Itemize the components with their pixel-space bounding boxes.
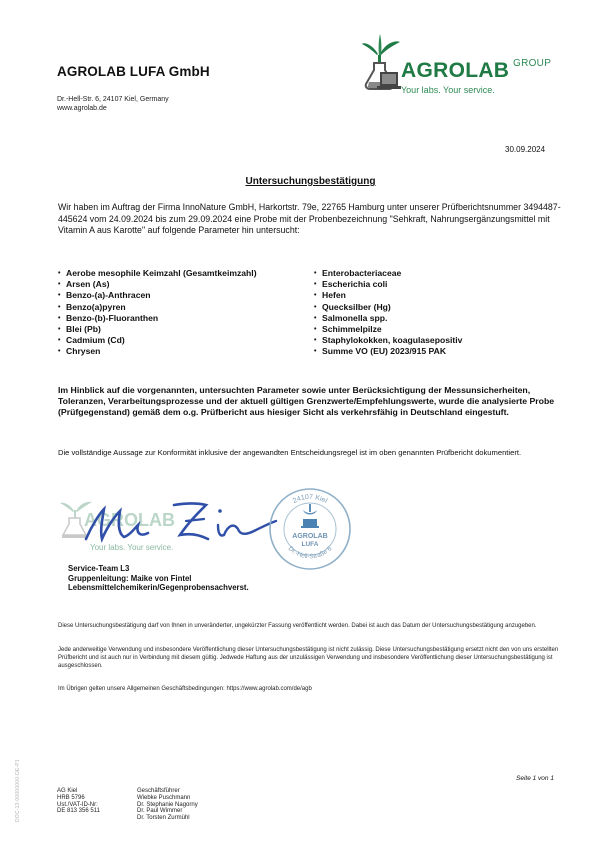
- footer-management: Geschäftsführer Wiebke Puschmann Dr. Ste…: [137, 788, 198, 822]
- conclusion-paragraph: Im Hinblick auf die vorgenannten, unters…: [58, 385, 568, 419]
- parameter-name: Schimmelpilze: [322, 324, 382, 334]
- stamp-top-text: 24107 Kiel: [292, 494, 329, 505]
- parameter-item: •Benzo(a)pyren: [58, 302, 257, 313]
- service-team: Service-Team L3: [68, 564, 249, 574]
- footer-registry-line: HRB 5796: [57, 795, 100, 802]
- parameter-name: Hefen: [322, 290, 346, 300]
- parameter-list-left: •Aerobe mesophile Keimzahl (Gesamtkeimza…: [58, 268, 257, 358]
- parameter-item: •Staphylokokken, koagulasepositiv: [314, 335, 462, 346]
- parameter-name: Enterobacteriaceae: [322, 268, 401, 278]
- parameter-item: •Quecksilber (Hg): [314, 302, 462, 313]
- parameter-name: Salmonella spp.: [322, 313, 387, 323]
- address-street: Dr.-Hell-Str. 6, 24107 Kiel, Germany: [57, 96, 169, 105]
- parameter-item: •Blei (Pb): [58, 324, 257, 335]
- footer-registry-line: DE 813 356 511: [57, 808, 100, 815]
- parameter-item: •Benzo-(a)-Anthracen: [58, 290, 257, 301]
- parameter-item: •Enterobacteriaceae: [314, 268, 462, 279]
- parameter-item: •Benzo-(b)-Fluoranthen: [58, 313, 257, 324]
- bullet-icon: •: [314, 346, 322, 357]
- signatory-title: Lebensmittelchemikerin/Gegenprobensachve…: [68, 583, 249, 593]
- parameter-name: Summe VO (EU) 2023/915 PAK: [322, 346, 446, 356]
- handwritten-signature: [78, 495, 278, 555]
- parameter-name: Escherichia coli: [322, 279, 387, 289]
- parameter-name: Benzo-(a)-Anthracen: [66, 290, 151, 300]
- bullet-icon: •: [314, 279, 322, 290]
- parameter-item: •Chrysen: [58, 346, 257, 357]
- parameter-item: •Summe VO (EU) 2023/915 PAK: [314, 346, 462, 357]
- document-title: Untersuchungsbestätigung: [245, 176, 375, 187]
- legal-liability-note: Jede anderweitige Verwendung und insbeso…: [58, 647, 573, 670]
- parameter-item: •Schimmelpilze: [314, 324, 462, 335]
- logo-wordmark: AGROLAB: [401, 59, 509, 83]
- logo-group-label: GROUP: [513, 58, 551, 69]
- bullet-icon: •: [314, 324, 322, 335]
- footer-management-line: Dr. Stephanie Nagorny: [137, 802, 198, 809]
- bullet-icon: •: [314, 290, 322, 301]
- page-number: Seite 1 von 1: [516, 775, 554, 782]
- conformity-note: Die vollständige Aussage zur Konformität…: [58, 448, 568, 458]
- footer-management-line: Dr. Paul Wimmer: [137, 808, 198, 815]
- parameter-name: Benzo-(b)-Fluoranthen: [66, 313, 158, 323]
- company-stamp: 24107 Kiel Dr.-Hell-Straße 6 AGROLAB LUF…: [265, 484, 355, 572]
- stamp-line1: AGROLAB: [292, 533, 327, 540]
- parameter-list-right: •Enterobacteriaceae•Escherichia coli•Hef…: [314, 268, 462, 358]
- parameter-name: Chrysen: [66, 346, 100, 356]
- legal-terms-note: Im Übrigen gelten unsere Allgemeinen Ges…: [58, 686, 573, 694]
- bullet-icon: •: [58, 313, 66, 324]
- legal-publication-note: Diese Untersuchungsbestätigung darf von …: [58, 623, 573, 631]
- parameter-name: Blei (Pb): [66, 324, 101, 334]
- footer-management-line: Dr. Torsten Zurmühl: [137, 815, 198, 822]
- company-address: Dr.-Hell-Str. 6, 24107 Kiel, Germany www…: [57, 96, 169, 113]
- parameter-name: Cadmium (Cd): [66, 335, 125, 345]
- footer-registry-line: Ust./VAT-ID-Nr:: [57, 802, 100, 809]
- footer-management-line: Wiebke Puschmann: [137, 795, 198, 802]
- bullet-icon: •: [58, 324, 66, 335]
- document-code: DOC-13-00000000-DE-P1: [15, 759, 21, 822]
- document-date: 30.09.2024: [505, 145, 545, 154]
- parameter-item: •Cadmium (Cd): [58, 335, 257, 346]
- intro-paragraph: Wir haben im Auftrag der Firma InnoNatur…: [58, 202, 563, 237]
- parameter-name: Arsen (As): [66, 279, 109, 289]
- parameter-name: Quecksilber (Hg): [322, 302, 391, 312]
- group-lead: Gruppenleitung: Maike von Fintel: [68, 574, 249, 584]
- bullet-icon: •: [58, 268, 66, 279]
- parameter-item: •Salmonella spp.: [314, 313, 462, 324]
- footer-management-line: Geschäftsführer: [137, 788, 198, 795]
- logo-tagline: Your labs. Your service.: [401, 85, 495, 95]
- document-title-wrap: Untersuchungsbestätigung: [0, 176, 595, 187]
- bullet-icon: •: [58, 346, 66, 357]
- company-name: AGROLAB LUFA GmbH: [57, 64, 210, 79]
- footer-registry-line: AG Kiel: [57, 788, 100, 795]
- bullet-icon: •: [314, 302, 322, 313]
- footer-registry: AG Kiel HRB 5796 Ust./VAT-ID-Nr: DE 813 …: [57, 788, 100, 815]
- bullet-icon: •: [58, 290, 66, 301]
- bullet-icon: •: [314, 313, 322, 324]
- bullet-icon: •: [314, 335, 322, 346]
- parameter-item: •Hefen: [314, 290, 462, 301]
- parameter-name: Aerobe mesophile Keimzahl (Gesamtkeimzah…: [66, 268, 257, 278]
- svg-text:24107 Kiel: 24107 Kiel: [292, 494, 329, 505]
- stamp-line2: LUFA: [302, 541, 319, 548]
- bullet-icon: •: [314, 268, 322, 279]
- parameter-name: Staphylokokken, koagulasepositiv: [322, 335, 462, 345]
- bullet-icon: •: [58, 279, 66, 290]
- parameter-item: •Arsen (As): [58, 279, 257, 290]
- company-website: www.agrolab.de: [57, 105, 169, 114]
- signatory-block: Service-Team L3 Gruppenleitung: Maike vo…: [68, 564, 249, 593]
- bullet-icon: •: [58, 335, 66, 346]
- parameter-item: •Escherichia coli: [314, 279, 462, 290]
- parameter-name: Benzo(a)pyren: [66, 302, 126, 312]
- bullet-icon: •: [58, 302, 66, 313]
- parameter-item: •Aerobe mesophile Keimzahl (Gesamtkeimza…: [58, 268, 257, 279]
